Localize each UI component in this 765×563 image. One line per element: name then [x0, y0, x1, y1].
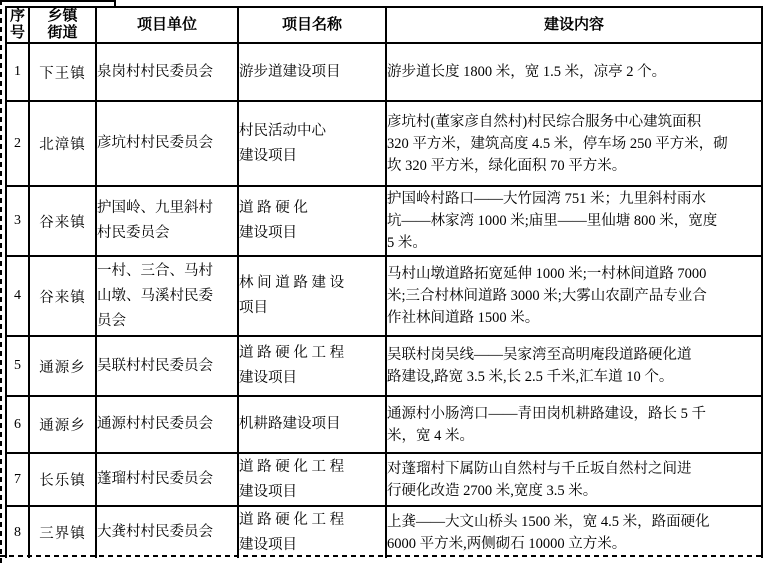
construction-content-cell: 通源村小肠湾口——青田岗机耕路建设，路长 5 千 米，宽 4 米。	[386, 396, 762, 453]
project-unit-cell: 通源村村民委员会	[96, 396, 238, 453]
construction-content-cell: 游步道长度 1800 米，宽 1.5 米，凉亭 2 个。	[386, 43, 762, 101]
project-name-cell: 道 路 硬 化 建设项目	[238, 186, 386, 256]
row-number: 4	[6, 256, 29, 336]
header-project-unit: 项目单位	[96, 7, 238, 43]
table-row: 1 下王镇 泉岗村村民委员会 游步道建设项目 游步道长度 1800 米，宽 1.…	[6, 43, 762, 101]
header-row: 序 号 乡镇 街道 项目单位 项目名称 建设内容	[6, 7, 762, 43]
project-name-cell: 村民活动中心 建设项目	[238, 101, 386, 186]
table-row: 6 通源乡 通源村村民委员会 机耕路建设项目 通源村小肠湾口——青田岗机耕路建设…	[6, 396, 762, 453]
row-number: 5	[6, 336, 29, 396]
table-row: 5 通源乡 吴联村村民委员会 道 路 硬 化 工 程 建设项目 吴联村岗吴线——…	[6, 336, 762, 396]
project-unit-cell: 蓬瑠村村民委员会	[96, 453, 238, 506]
table-row: 8 三界镇 大龚村村民委员会 道 路 硬 化 工 程 建设项目 上龚——大文山桥…	[6, 506, 762, 558]
header-seq-no: 序 号	[6, 7, 29, 43]
township-cell: 三界镇	[29, 506, 96, 558]
project-table: 序 号 乡镇 街道 项目单位 项目名称 建设内容 1 下王镇 泉岗村村民委员会 …	[5, 6, 763, 558]
township-cell: 谷来镇	[29, 256, 96, 336]
project-name-cell: 机耕路建设项目	[238, 396, 386, 453]
township-cell: 通源乡	[29, 336, 96, 396]
table-row: 2 北漳镇 彦坑村村民委员会 村民活动中心 建设项目 彦坑村(董家彦自然村)村民…	[6, 101, 762, 186]
construction-content-cell: 马村山墩道路拓宽延伸 1000 米;一村林间道路 7000 米;三合村林间道路 …	[386, 256, 762, 336]
row-number: 3	[6, 186, 29, 256]
project-name-cell: 游步道建设项目	[238, 43, 386, 101]
project-name-cell: 道 路 硬 化 工 程 建设项目	[238, 453, 386, 506]
project-unit-cell: 一村、三合、马村 山墩、马溪村民委 员会	[96, 256, 238, 336]
table-row: 3 谷来镇 护国岭、九里斜村 村民委员会 道 路 硬 化 建设项目 护国岭村路口…	[6, 186, 762, 256]
project-name-cell: 林 间 道 路 建 设 项目	[238, 256, 386, 336]
construction-content-cell: 吴联村岗吴线——吴家湾至高明庵段道路硬化道 路建设,路宽 3.5 米,长 2.5…	[386, 336, 762, 396]
construction-content-cell: 对蓬瑠村下属防山自然村与千丘坂自然村之间进 行硬化改造 2700 米,宽度 3.…	[386, 453, 762, 506]
table-row: 4 谷来镇 一村、三合、马村 山墩、马溪村民委 员会 林 间 道 路 建 设 项…	[6, 256, 762, 336]
construction-content-cell: 上龚——大文山桥头 1500 米，宽 4.5 米，路面硬化 6000 平方米,两…	[386, 506, 762, 558]
township-cell: 通源乡	[29, 396, 96, 453]
project-unit-cell: 泉岗村村民委员会	[96, 43, 238, 101]
header-project-name: 项目名称	[238, 7, 386, 43]
row-number: 1	[6, 43, 29, 101]
header-construction-content: 建设内容	[386, 7, 762, 43]
page-break-line-vertical	[0, 0, 2, 563]
township-cell: 长乐镇	[29, 453, 96, 506]
township-cell: 谷来镇	[29, 186, 96, 256]
header-township: 乡镇 街道	[29, 7, 96, 43]
project-unit-cell: 护国岭、九里斜村 村民委员会	[96, 186, 238, 256]
row-number: 8	[6, 506, 29, 558]
construction-content-cell: 彦坑村(董家彦自然村)村民综合服务中心建筑面积 320 平方米，建筑高度 4.5…	[386, 101, 762, 186]
project-name-cell: 道 路 硬 化 工 程 建设项目	[238, 336, 386, 396]
document-page: 序 号 乡镇 街道 项目单位 项目名称 建设内容 1 下王镇 泉岗村村民委员会 …	[0, 0, 765, 563]
township-cell: 下王镇	[29, 43, 96, 101]
construction-content-cell: 护国岭村路口——大竹园湾 751 米；九里斜村雨水 坑——林家湾 1000 米;…	[386, 186, 762, 256]
project-unit-cell: 彦坑村村民委员会	[96, 101, 238, 186]
row-number: 2	[6, 101, 29, 186]
row-number: 7	[6, 453, 29, 506]
cutoff-border-fragment	[0, 0, 116, 2]
table-row: 7 长乐镇 蓬瑠村村民委员会 道 路 硬 化 工 程 建设项目 对蓬瑠村下属防山…	[6, 453, 762, 506]
project-unit-cell: 吴联村村民委员会	[96, 336, 238, 396]
project-name-cell: 道 路 硬 化 工 程 建设项目	[238, 506, 386, 558]
project-unit-cell: 大龚村村民委员会	[96, 506, 238, 558]
row-number: 6	[6, 396, 29, 453]
township-cell: 北漳镇	[29, 101, 96, 186]
